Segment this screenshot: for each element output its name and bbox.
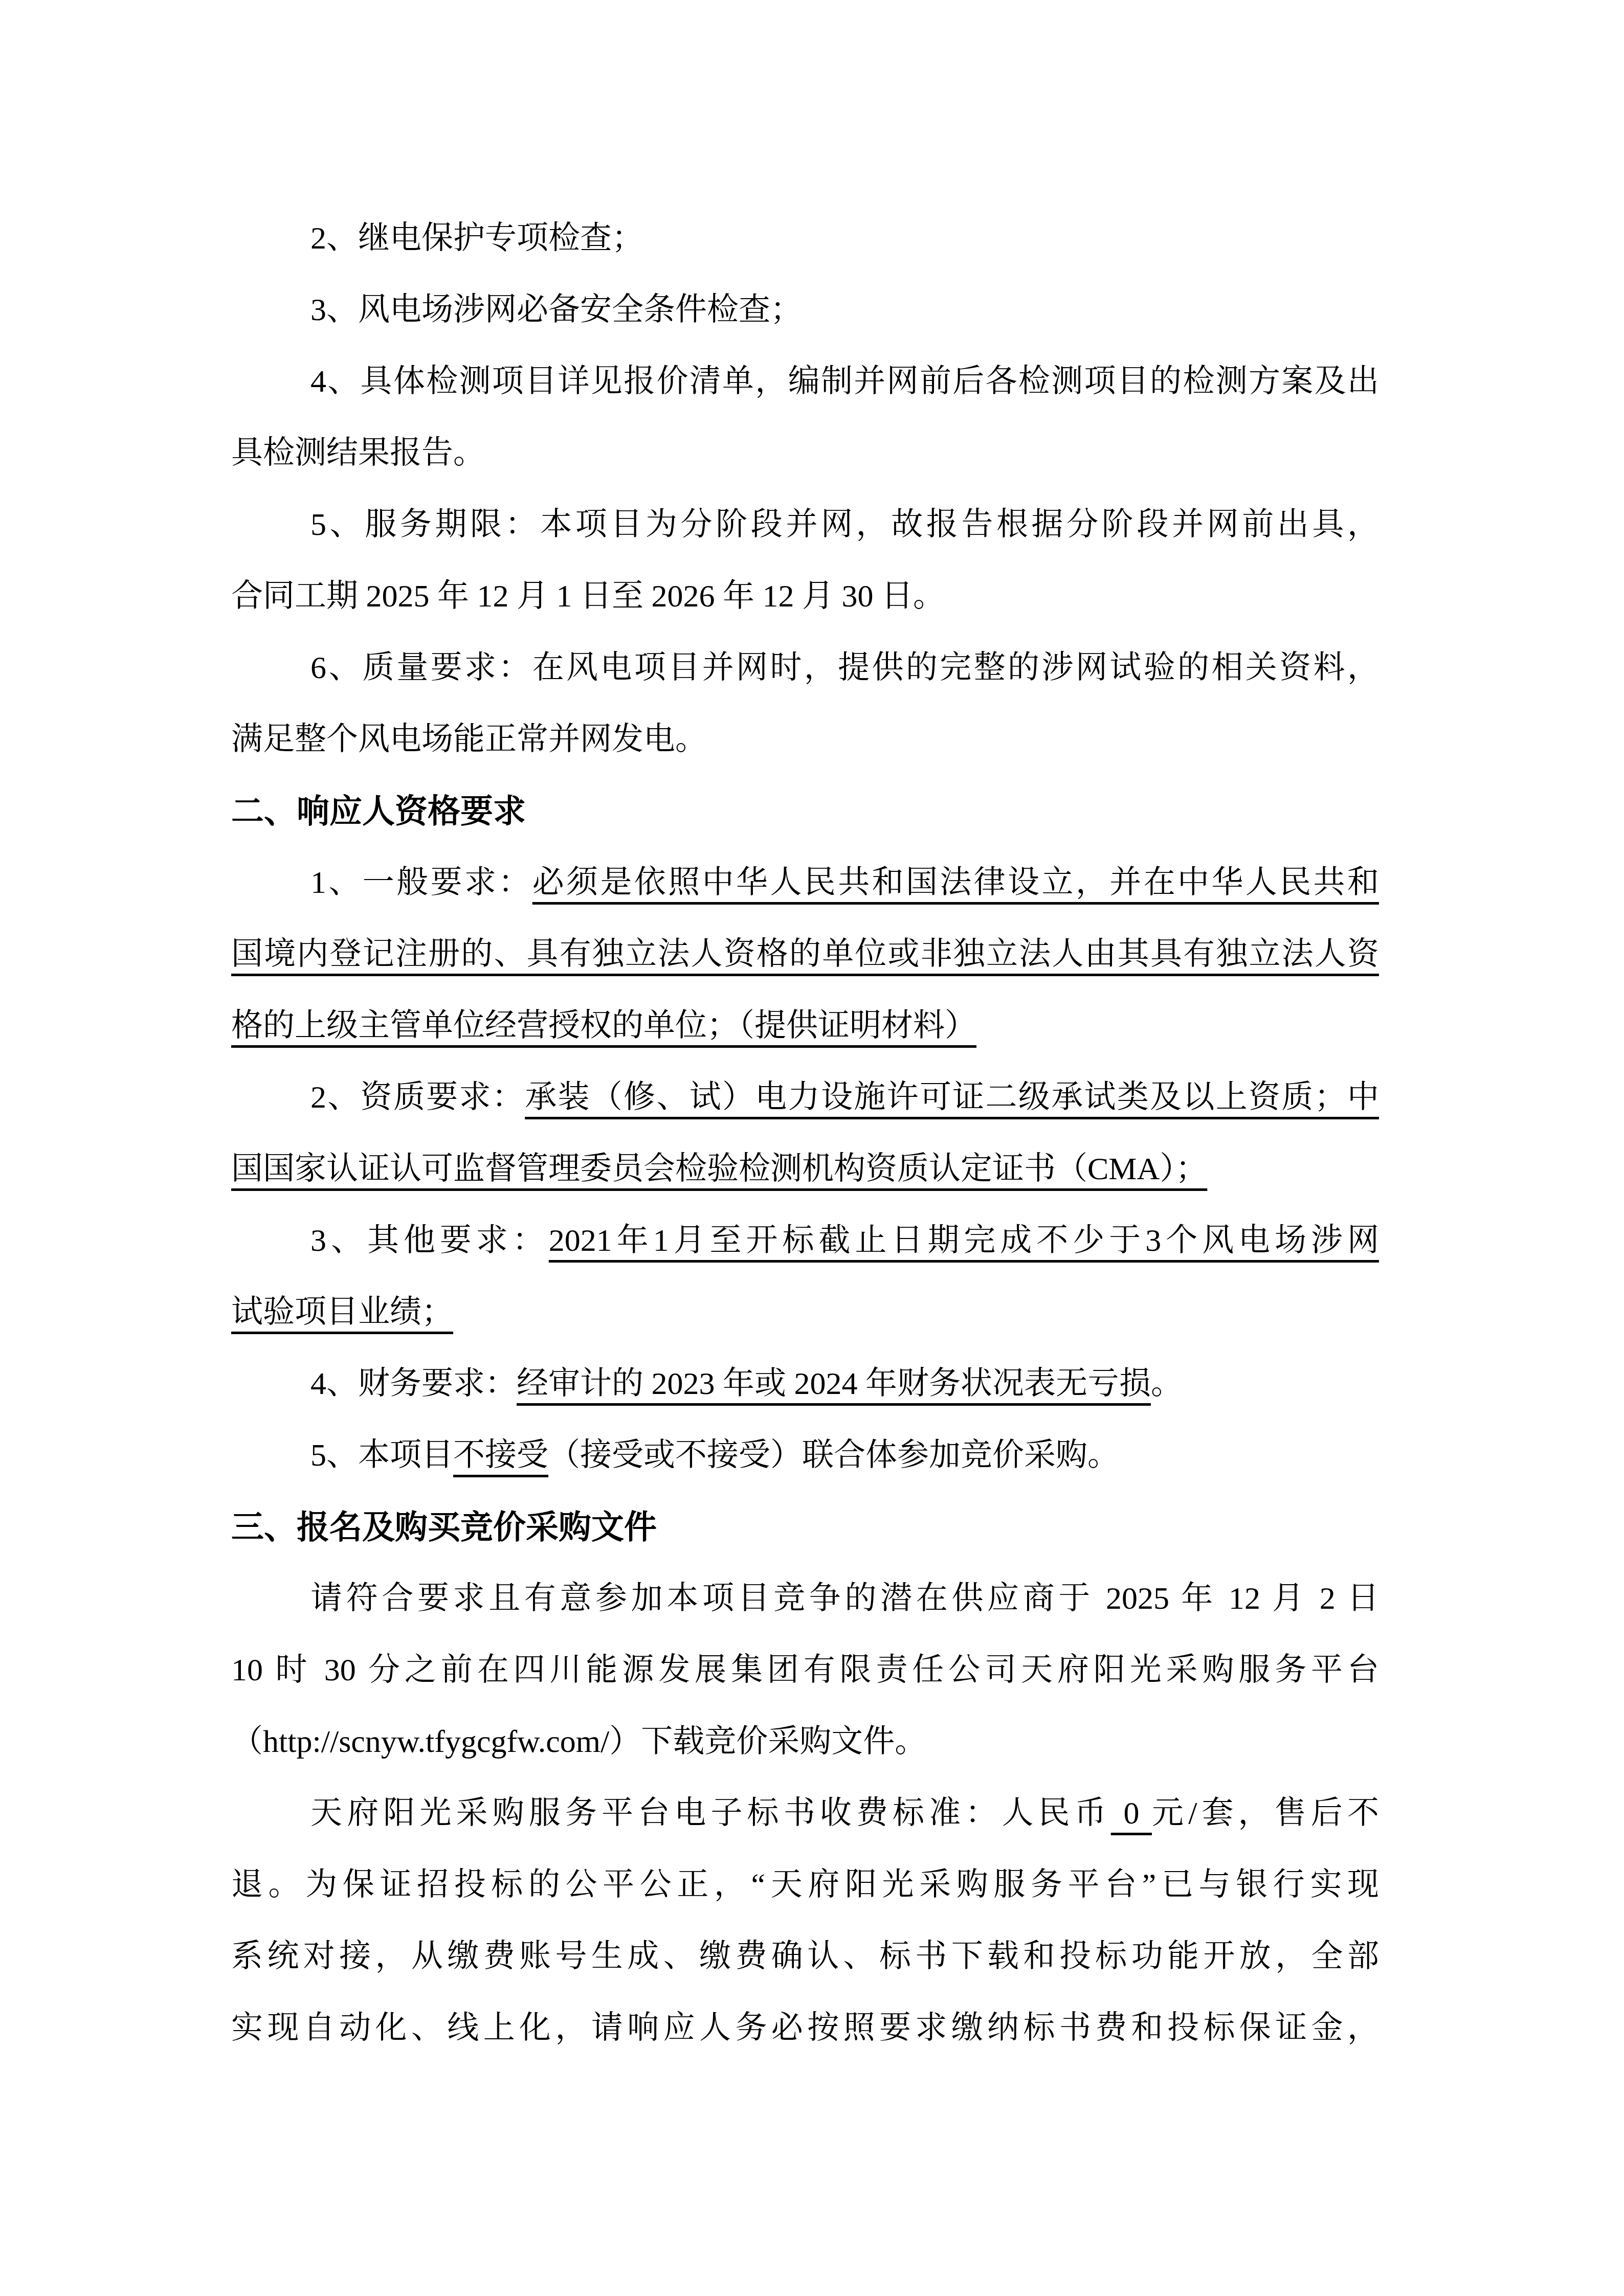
text-segment: 2、继电保护专项检查； [310,221,643,256]
text-segment: 6、质量要求：在风电项目并网时，提供的完整的涉网试验的相关资料， [310,650,1379,685]
text-segment: 1、一般要求： [310,865,532,900]
text-line: 合同工期 2025 年 12 月 1 日至 2026 年 12 月 30 日。 [231,560,1379,632]
text-segment: 三、报名及购买竞价采购文件 [231,1509,657,1545]
text-segment: 5、服务期限：本项目为分阶段并网，故报告根据分阶段并网前出具， [310,507,1379,542]
text-line: 国境内登记注册的、具有独立法人资格的单位或非独立法人由其具有独立法人资 [231,918,1379,990]
underlined-text-segment: 不接受 [453,1438,548,1473]
text-segment: 4、具体检测项目详见报价清单，编制并网前后各检测项目的检测方案及出 [310,364,1379,399]
text-segment: 5、本项目 [310,1438,453,1473]
text-segment: 3、风电场涉网必备安全条件检查； [310,292,802,327]
text-segment: 合同工期 2025 年 12 月 1 日至 2026 年 12 月 30 日。 [231,579,945,614]
document-page: 2、继电保护专项检查；3、风电场涉网必备安全条件检查；4、具体检测项目详见报价清… [0,0,1624,2296]
underlined-text-segment: 必须是依照中华人民共和国法律设立，并在中华人民共和 [532,865,1379,900]
text-segment: 10 时 30 分之前在四川能源发展集团有限责任公司天府阳光采购服务平台 [231,1653,1379,1687]
underlined-text-segment: 国境内登记注册的、具有独立法人资格的单位或非独立法人由其具有独立法人资 [231,937,1379,972]
text-segment: 具检测结果报告。 [231,436,485,470]
text-line: 天府阳光采购服务平台电子标书收费标准：人民币 0 元/套，售后不 [231,1777,1379,1849]
text-segment: 请符合要求且有意参加本项目竞争的潜在供应商于 2025 年 12 月 2 日 [310,1581,1379,1616]
text-line: 2、继电保护专项检查； [231,202,1379,274]
text-segment: 3、其他要求： [310,1223,549,1258]
text-line: （http://scnyw.tfygcgfw.com/）下载竞价采购文件。 [231,1706,1379,1777]
text-segment: 天府阳光采购服务平台电子标书收费标准：人民币 [310,1796,1111,1831]
text-line: 试验项目业绩； [231,1276,1379,1348]
text-line: 3、风电场涉网必备安全条件检查； [231,274,1379,346]
underlined-text-segment: 格的上级主管单位经营授权的单位；（提供证明材料） [231,1008,976,1043]
section-heading: 三、报名及购买竞价采购文件 [231,1491,1379,1563]
text-line: 10 时 30 分之前在四川能源发展集团有限责任公司天府阳光采购服务平台 [231,1634,1379,1706]
text-segment: 系统对接，从缴费账号生成、缴费确认、标书下载和投标功能开放，全部 [231,1939,1379,1974]
text-line: 满足整个风电场能正常并网发电。 [231,704,1379,775]
text-line: 6、质量要求：在风电项目并网时，提供的完整的涉网试验的相关资料， [231,632,1379,704]
text-line: 国国家认证认可监督管理委员会检验检测机构资质认定证书（CMA）； [231,1133,1379,1205]
text-segment: 实现自动化、线上化，请响应人务必按照要求缴纳标书费和投标保证金， [231,2011,1379,2045]
section-heading: 二、响应人资格要求 [231,775,1379,847]
document-body: 2、继电保护专项检查；3、风电场涉网必备安全条件检查；4、具体检测项目详见报价清… [231,202,1379,2064]
text-line: 4、具体检测项目详见报价清单，编制并网前后各检测项目的检测方案及出 [231,346,1379,417]
text-segment: 满足整个风电场能正常并网发电。 [231,722,707,757]
text-line: 格的上级主管单位经营授权的单位；（提供证明材料） [231,990,1379,1062]
text-line: 5、服务期限：本项目为分阶段并网，故报告根据分阶段并网前出具， [231,489,1379,560]
text-line: 2、资质要求：承装（修、试）电力设施许可证二级承试类及以上资质；中 [231,1062,1379,1133]
text-line: 5、本项目不接受（接受或不接受）联合体参加竞价采购。 [231,1420,1379,1491]
underlined-text-segment: 试验项目业绩； [231,1295,453,1330]
text-line: 3、其他要求：2021年1月至开标截止日期完成不少于3个风电场涉网 [231,1205,1379,1276]
text-segment: 元/套，售后不 [1152,1796,1379,1831]
text-segment: 4、财务要求： [310,1366,517,1401]
text-line: 具检测结果报告。 [231,417,1379,489]
text-segment: 2、资质要求： [310,1080,525,1115]
underlined-text-segment: 承装（修、试）电力设施许可证二级承试类及以上资质；中 [525,1080,1379,1115]
text-line: 退。为保证招投标的公平公正，“天府阳光采购服务平台”已与银行实现 [231,1849,1379,1921]
text-line: 1、一般要求：必须是依照中华人民共和国法律设立，并在中华人民共和 [231,847,1379,918]
text-segment: （接受或不接受）联合体参加竞价采购。 [548,1438,1119,1473]
underlined-text-segment: 经审计的 2023 年或 2024 年财务状况表无亏损 [517,1366,1151,1401]
underlined-text-segment: 国国家认证认可监督管理委员会检验检测机构资质认定证书（CMA）； [231,1152,1207,1186]
text-segment: （http://scnyw.tfygcgfw.com/）下载竞价采购文件。 [231,1724,926,1759]
text-segment: 。 [1151,1366,1183,1401]
text-segment: 退。为保证招投标的公平公正，“天府阳光采购服务平台”已与银行实现 [231,1867,1379,1902]
text-line: 实现自动化、线上化，请响应人务必按照要求缴纳标书费和投标保证金， [231,1992,1379,2064]
text-segment: 二、响应人资格要求 [231,793,526,829]
underlined-text-segment: 0 [1111,1796,1152,1831]
underlined-text-segment: 2021年1月至开标截止日期完成不少于3个风电场涉网 [549,1223,1379,1258]
text-line: 系统对接，从缴费账号生成、缴费确认、标书下载和投标功能开放，全部 [231,1921,1379,1992]
text-line: 请符合要求且有意参加本项目竞争的潜在供应商于 2025 年 12 月 2 日 [231,1563,1379,1634]
text-line: 4、财务要求：经审计的 2023 年或 2024 年财务状况表无亏损。 [231,1348,1379,1420]
